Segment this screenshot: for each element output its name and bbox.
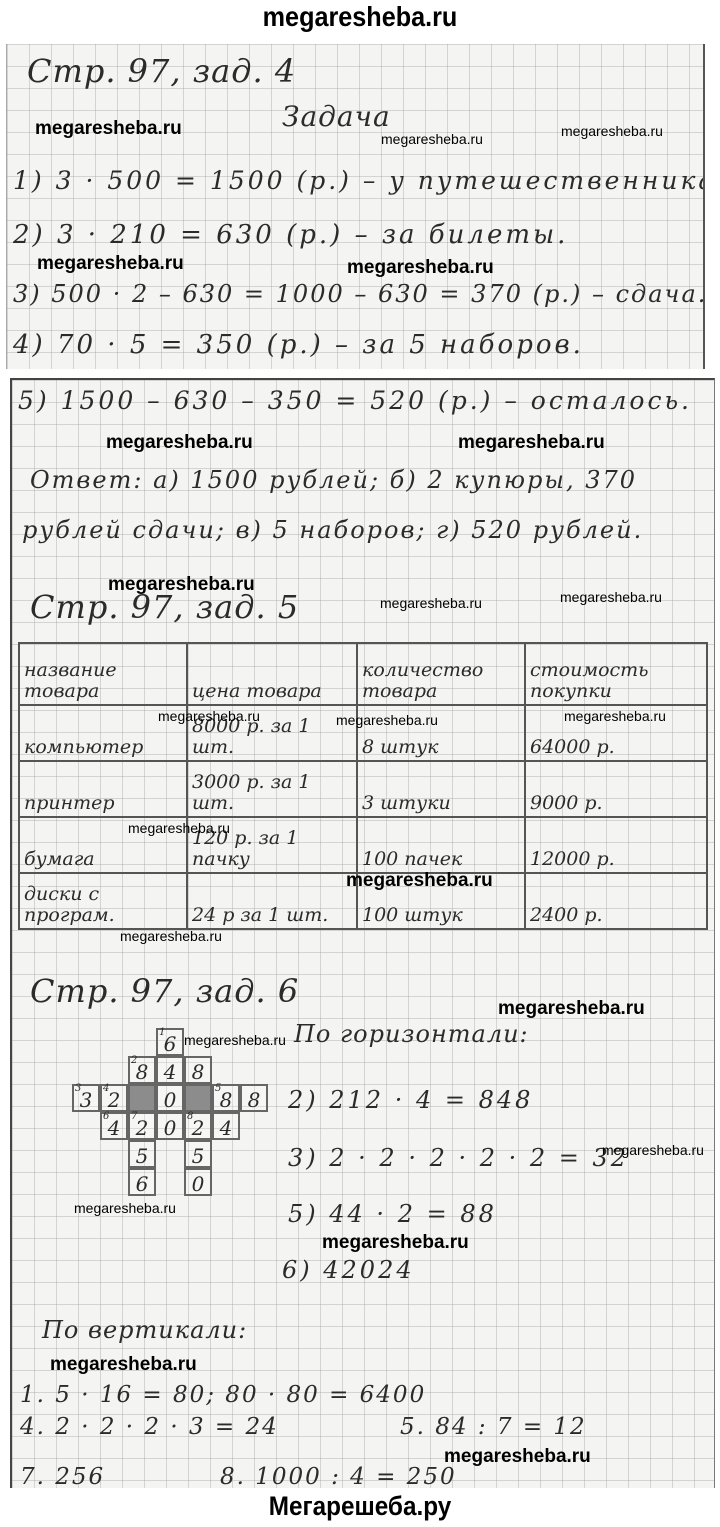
watermark: megaresheba.ru [380,595,482,611]
watermark: megaresheba.ru [444,1446,591,1468]
watermark: megaresheba.ru [458,432,605,454]
crossword-clue-number: 1 [159,1027,165,1039]
header-price: цена товара [187,643,357,705]
crossword-cell: 72 [128,1112,156,1140]
crossword-cell-value: 2 [136,1116,149,1140]
crossword-cell: 33 [72,1084,100,1112]
watermark: megaresheba.ru [498,998,645,1020]
watermark: megaresheba.ru [50,1354,197,1376]
crossword-cell: 8 [240,1084,268,1112]
cell-price: 24 р за 1 шт. [187,873,357,929]
crossword-cell-value: 5 [192,1144,205,1168]
table-row: бумага 120 р. за 1 пачку 100 пачек 12000… [19,817,707,873]
site-header: megaresheba.ru [36,0,684,42]
crossword-grid: 16284833420588647208245560 [72,1028,282,1208]
cell-quantity: 3 штуки [357,761,525,817]
crossword-cell-value: 2 [108,1088,121,1112]
crossword-cell-value: 5 [136,1144,149,1168]
crossword-cell: 8 [184,1056,212,1084]
header-cost: стоимость покупки [525,643,707,705]
cell-product: принтер [19,761,187,817]
crossword-cell-value: 0 [164,1116,177,1140]
horizontal-clue-5: 5) 44 · 2 = 88 [288,1200,497,1228]
cell-quantity: 100 пачек [357,817,525,873]
watermark: megaresheba.ru [128,820,230,836]
crossword-cell: 0 [156,1084,184,1112]
watermark: megaresheba.ru [602,1142,704,1158]
horizontal-title: По горизонтали: [294,1020,529,1048]
crossword-cell: 4 [212,1112,240,1140]
crossword-cell-value: 0 [164,1088,177,1112]
task4-answer-line2: рублей сдачи; в) 5 наборов; г) 520 рубле… [22,516,643,544]
crossword-cell: 0 [184,1168,212,1196]
crossword-cell-value: 8 [136,1060,149,1084]
crossword-cell: 6 [128,1168,156,1196]
header-product-name: название товара [19,643,187,705]
crossword-cell-value: 8 [248,1088,261,1112]
vertical-title: По вертикали: [42,1316,247,1344]
site-footer: Мегарешеба.ру [36,1488,684,1527]
task4-step-5: 5) 1500 – 630 – 350 = 520 (р.) – осталос… [18,386,692,415]
vertical-clue-4: 4. 2 · 2 · 2 · 3 = 24 [20,1414,279,1440]
crossword-cell: 64 [100,1112,128,1140]
watermark: megaresheba.ru [322,1232,469,1254]
notebook-sheet-task4: Стр. 97, зад. 4 Задача megaresheba.ru me… [6,44,705,369]
watermark: megaresheba.ru [35,118,182,140]
watermark: megaresheba.ru [158,708,260,724]
task4-answer-line1: Ответ: а) 1500 рублей; б) 2 купюры, 370 [30,466,637,494]
vertical-clue-5: 5. 84 : 7 = 12 [400,1414,587,1440]
crossword-clue-number: 2 [131,1055,137,1067]
crossword-clue-number: 7 [131,1111,137,1123]
watermark: megaresheba.ru [381,131,483,147]
task4-step-1: 1) 3 · 500 = 1500 (р.) – у путешественни… [13,166,705,195]
task4-subtitle: Задача [282,100,391,133]
table-row: принтер 3000 р. за 1 шт. 3 штуки 9000 р. [19,761,707,817]
watermark: megaresheba.ru [74,1200,176,1216]
crossword-cell-value: 8 [192,1060,205,1084]
cell-cost: 9000 р. [525,761,707,817]
crossword-cell-value: 4 [220,1116,233,1140]
task4-step-3: 3) 500 · 2 – 630 = 1000 – 630 = 370 (р.)… [13,280,705,308]
task5-title: Стр. 97, зад. 5 [30,588,299,626]
table-header-row: название товара цена товара количество т… [19,643,707,705]
crossword-cell-value: 6 [136,1172,149,1196]
task4-step-2: 2) 3 · 210 = 630 (р.) – за билеты. [13,220,568,250]
watermark: megaresheba.ru [560,589,662,605]
vertical-clue-1: 1. 5 · 16 = 80; 80 · 80 = 6400 [20,1382,426,1408]
notebook-sheet-tasks-5-6: 5) 1500 – 630 – 350 = 520 (р.) – осталос… [10,378,715,1488]
crossword-cell-value: 0 [192,1172,205,1196]
cell-cost: 2400 р. [525,873,707,929]
watermark: megaresheba.ru [561,123,663,139]
crossword-cell: 42 [100,1084,128,1112]
watermark: megaresheba.ru [120,928,222,944]
horizontal-clue-2: 2) 212 · 4 = 848 [288,1086,533,1114]
watermark: megaresheba.ru [347,257,494,279]
horizontal-clue-3: 3) 2 · 2 · 2 · 2 · 2 = 32 [288,1144,629,1172]
crossword-clue-number: 5 [215,1083,221,1095]
crossword-cell: 16 [156,1028,184,1056]
crossword-cell-value: 6 [164,1032,177,1056]
task6-title: Стр. 97, зад. 6 [30,972,299,1010]
cell-price: 3000 р. за 1 шт. [187,761,357,817]
task4-step-4: 4) 70 · 5 = 350 (р.) – за 5 наборов. [13,330,584,360]
watermark: megaresheba.ru [106,432,253,454]
crossword-cell: 5 [128,1140,156,1168]
watermark: megaresheba.ru [336,712,438,728]
crossword-cell: 4 [156,1056,184,1084]
crossword-cell-value: 8 [220,1088,233,1112]
crossword-clue-number: 3 [75,1083,81,1095]
task4-title: Стр. 97, зад. 4 [27,52,296,90]
crossword-clue-number: 6 [103,1111,109,1123]
crossword-cell-value: 2 [192,1116,205,1140]
horizontal-clue-6: 6) 42024 [282,1256,415,1284]
crossword-cell-value: 3 [80,1088,93,1112]
vertical-clue-8: 8. 1000 : 4 = 250 [220,1464,457,1488]
crossword-cell: 58 [212,1084,240,1112]
crossword-clue-number: 4 [103,1083,109,1095]
header-quantity: количество товара [357,643,525,705]
watermark: megaresheba.ru [564,708,666,724]
crossword-cell [184,1084,212,1112]
crossword-clue-number: 8 [187,1111,193,1123]
cell-cost: 12000 р. [525,817,707,873]
crossword-cell-value: 4 [108,1116,121,1140]
vertical-clue-7: 7. 256 [20,1464,105,1488]
crossword-cell: 0 [156,1112,184,1140]
crossword-cell: 82 [184,1112,212,1140]
crossword-cell: 28 [128,1056,156,1084]
crossword-cell [128,1084,156,1112]
cell-product: диски с програм. [19,873,187,929]
crossword-cell: 5 [184,1140,212,1168]
watermark: megaresheba.ru [37,253,184,275]
crossword-cell-value: 4 [164,1060,177,1084]
watermark: megaresheba.ru [346,870,493,892]
